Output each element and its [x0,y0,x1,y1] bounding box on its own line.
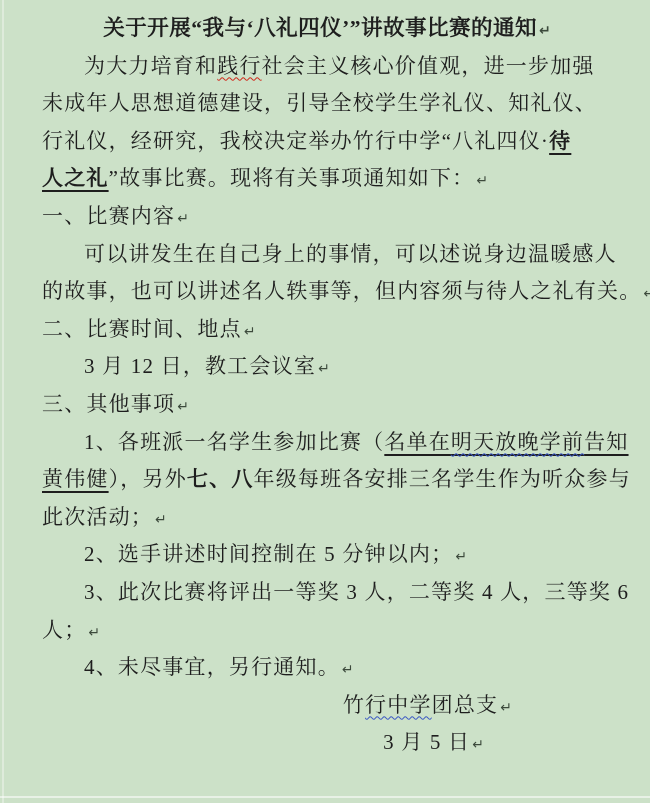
doc-line: 人之礼”故事比赛。现将有关事项通知如下：↵ [42,160,612,198]
text-segment: 人； [42,618,86,642]
text-segment: 的故事，也可以讲述名人轶事等，但内容须与待人之礼有关。 [42,279,641,303]
text-segment: 名单在 [384,430,451,454]
page-bottom-edge-highlight [0,796,650,798]
paragraph-mark-icon: ↵ [500,700,512,716]
text-segment: 三、其他事项 [42,392,175,416]
text-segment-wb: 行中学 [365,693,432,717]
text-segment: 1、各班派一名学生参加比赛（ [84,430,384,454]
paragraph-mark-icon: ↵ [643,286,650,302]
text-segment: 3、此次比赛将评出一等奖 3 人，二等奖 4 人，三等奖 6 [84,580,629,604]
text-segment-wb: 明天放晚学前 [451,430,584,454]
text-segment: 告知 [584,430,628,454]
text-segment: 一、比赛内容 [42,204,175,228]
text-segment: ”故事比赛。现将有关事项通知如下： [109,166,475,190]
paragraph-mark-icon: ↵ [342,662,354,678]
text-segment: ），另外 [109,467,187,491]
text-segment: 黄伟健 [42,467,109,491]
doc-line: 3、此次比赛将评出一等奖 3 人，二等奖 4 人，三等奖 6 [42,574,612,612]
paragraph-mark-icon: ↵ [472,737,484,753]
section-heading-3: 三、其他事项↵ [42,386,612,424]
signature-line: 竹行中学团总支↵ [42,687,612,725]
text-segment: 人之礼 [42,166,109,190]
text-segment-u: 告知 [584,430,628,454]
text-segment-u: 明天放晚学前 [451,430,584,454]
doc-line: 的故事，也可以讲述名人轶事等，但内容须与待人之礼有关。↵ [42,273,612,311]
section-heading-1: 一、比赛内容↵ [42,198,612,236]
paragraph-mark-icon: ↵ [88,625,100,641]
text-segment: 可以讲发生在自己身上的事情，可以述说身边温暖感人 [84,242,617,266]
text-segment: 行礼仪，经研究，我校决定举办竹行中学“八礼四仪· [42,129,549,153]
text-segment: 二、比赛时间、地点 [42,317,242,341]
doc-line: 黄伟健），另外七、八年级每班各安排三名学生作为听众参与 [42,461,612,499]
doc-line: 可以讲发生在自己身上的事情，可以述说身边温暖感人 [42,236,612,274]
doc-line: 为大力培育和践行社会主义核心价值观，进一步加强 [42,48,612,86]
text-segment-u: 人之礼 [42,166,109,190]
document-body: 关于开展“我与‘八礼四仪’”讲故事比赛的通知↵为大力培育和践行社会主义核心价值观… [42,10,612,762]
text-segment: 2、选手讲述时间控制在 5 分钟以内； [84,542,453,566]
text-segment: 3 月 5 日 [383,730,470,754]
notice-document-page: 关于开展“我与‘八礼四仪’”讲故事比赛的通知↵为大力培育和践行社会主义核心价值观… [0,0,650,803]
paragraph-mark-icon: ↵ [318,361,330,377]
paragraph-mark-icon: ↵ [244,324,256,340]
paragraph-mark-icon: ↵ [539,23,551,39]
doc-line: 3 月 12 日，教工会议室↵ [42,348,612,386]
text-segment: 为大力培育和 [84,54,217,78]
text-segment: 4、未尽事宜，另行通知。 [84,655,340,679]
text-segment-u: 黄伟健 [42,467,109,491]
text-segment-wr: 践行 [217,54,261,78]
text-segment-b: 人之礼 [42,166,109,190]
doc-line: 此次活动；↵ [42,499,612,537]
text-segment-b: 七、八 [187,467,254,491]
text-segment: 未成年人思想道德建设，引导全校学生学礼仪、知礼仪、 [42,91,597,115]
doc-line: 2、选手讲述时间控制在 5 分钟以内；↵ [42,536,612,574]
text-segment-u: 名单在 [384,430,451,454]
text-segment-b: 待 [549,129,571,153]
text-segment: 年级每班各安排三名学生作为听众参与 [254,467,631,491]
paragraph-mark-icon: ↵ [476,173,488,189]
text-segment: 行中学 [365,693,432,717]
doc-line: 行礼仪，经研究，我校决定举办竹行中学“八礼四仪·待 [42,123,612,161]
text-segment: 七、八 [187,467,254,491]
text-segment: 此次活动； [42,505,153,529]
paragraph-mark-icon: ↵ [177,211,189,227]
text-segment: 关于开展“我与‘八礼四仪’”讲故事比赛的通知 [103,16,537,40]
paragraph-mark-icon: ↵ [177,399,189,415]
doc-line: 4、未尽事宜，另行通知。↵ [42,649,612,687]
doc-line: 1、各班派一名学生参加比赛（名单在明天放晚学前告知 [42,424,612,462]
text-segment-u: 待 [549,129,571,153]
title-line: 关于开展“我与‘八礼四仪’”讲故事比赛的通知↵ [42,10,612,48]
date-line: 3 月 5 日↵ [42,724,612,762]
text-segment: 践行 [217,54,261,78]
text-segment: 3 月 12 日，教工会议室 [84,354,316,378]
doc-line: 未成年人思想道德建设，引导全校学生学礼仪、知礼仪、 [42,85,612,123]
text-segment: 竹 [343,693,365,717]
doc-line: 人；↵ [42,612,612,650]
text-segment: 待 [549,129,571,153]
text-segment: 团总支 [432,693,499,717]
text-segment: 社会主义核心价值观，进一步加强 [262,54,595,78]
page-left-edge-highlight [2,0,4,803]
text-segment: 明天放晚学前 [451,430,584,454]
paragraph-mark-icon: ↵ [155,512,167,528]
paragraph-mark-icon: ↵ [455,549,467,565]
section-heading-2: 二、比赛时间、地点↵ [42,311,612,349]
